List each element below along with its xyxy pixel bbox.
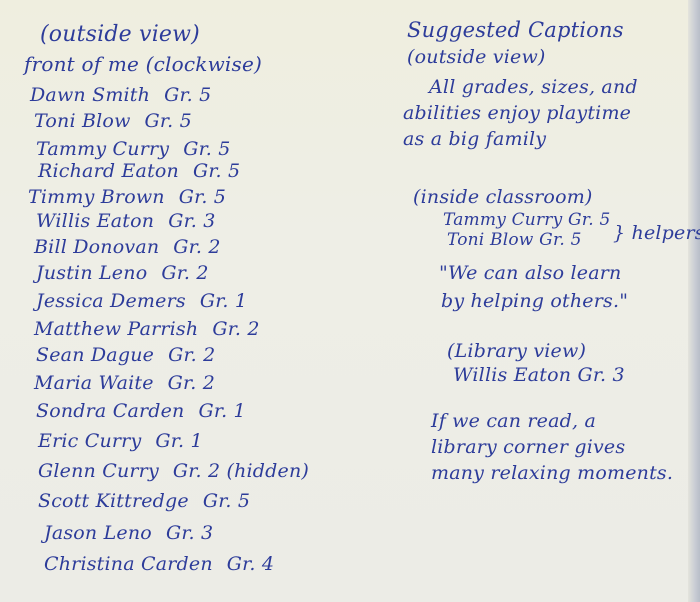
name-entry: Jason LenoGr. 3 — [44, 522, 213, 544]
name-entry: Tammy CurryGr. 5 — [36, 138, 231, 160]
name-entry: Scott KittredgeGr. 5 — [38, 490, 250, 512]
student-name: Bill Donovan — [34, 236, 159, 258]
caption-line: library corner gives — [431, 436, 625, 458]
student-grade: Gr. 5 — [183, 138, 230, 160]
student-grade: Gr. 3 — [168, 210, 215, 232]
caption-line: abilities enjoy playtime — [403, 102, 631, 124]
student-name: Jessica Demers — [36, 290, 186, 312]
student-grade: Gr. 2 (hidden) — [173, 460, 309, 482]
library-subject: Willis Eaton Gr. 3 — [453, 364, 625, 386]
student-name: Sondra Carden — [36, 400, 185, 422]
student-name: Toni Blow — [34, 110, 131, 132]
student-grade: Gr. 2 — [168, 372, 215, 394]
caption-line: as a big family — [403, 128, 546, 150]
student-name: Matthew Parrish — [34, 318, 198, 340]
clockwise-subheader: front of me (clockwise) — [24, 52, 262, 76]
student-grade: Gr. 2 — [173, 236, 220, 258]
caption-line: "We can also learn — [439, 262, 621, 284]
name-entry: Justin LenoGr. 2 — [36, 262, 209, 284]
student-name: Jason Leno — [44, 522, 152, 544]
name-entry: Toni BlowGr. 5 — [34, 110, 192, 132]
name-entry: Willis EatonGr. 3 — [36, 210, 216, 232]
name-entry: Eric CurryGr. 1 — [38, 430, 203, 452]
inside-classroom-heading: (inside classroom) — [413, 186, 593, 208]
student-name: Glenn Curry — [38, 460, 159, 482]
helper-name: Tammy Curry Gr. 5 — [443, 210, 610, 230]
student-name: Timmy Brown — [28, 186, 165, 208]
helpers-label: } helpers — [613, 222, 700, 244]
student-name: Justin Leno — [36, 262, 147, 284]
names-list-column: (outside view) front of me (clockwise) D… — [0, 0, 380, 602]
caption-line: many relaxing moments. — [431, 462, 673, 484]
name-entry: Bill DonovanGr. 2 — [34, 236, 221, 258]
name-entry: Dawn SmithGr. 5 — [30, 84, 211, 106]
student-name: Scott Kittredge — [38, 490, 189, 512]
name-entry: Jessica DemersGr. 1 — [36, 290, 247, 312]
caption-line: If we can read, a — [431, 410, 596, 432]
student-name: Dawn Smith — [30, 84, 150, 106]
captions-column: Suggested Captions (outside view) All gr… — [395, 0, 690, 602]
student-grade: Gr. 5 — [193, 160, 240, 182]
name-entry: Matthew ParrishGr. 2 — [34, 318, 260, 340]
student-name: Maria Waite — [34, 372, 154, 394]
student-name: Richard Eaton — [38, 160, 179, 182]
student-grade: Gr. 5 — [145, 110, 192, 132]
name-entry: Sean DagueGr. 2 — [36, 344, 215, 366]
library-view-heading: (Library view) — [447, 340, 586, 362]
student-grade: Gr. 5 — [179, 186, 226, 208]
student-grade: Gr. 2 — [161, 262, 208, 284]
student-name: Christina Carden — [44, 553, 213, 575]
name-entry: Timmy BrownGr. 5 — [28, 186, 226, 208]
student-grade: Gr. 2 — [168, 344, 215, 366]
student-name: Willis Eaton — [36, 210, 154, 232]
outside-view-header: (outside view) — [40, 22, 200, 47]
student-grade: Gr. 1 — [155, 430, 202, 452]
student-grade: Gr. 2 — [212, 318, 259, 340]
name-entry: Maria WaiteGr. 2 — [34, 372, 215, 394]
student-grade: Gr. 1 — [200, 290, 247, 312]
student-name: Sean Dague — [36, 344, 154, 366]
name-entry: Richard EatonGr. 5 — [38, 160, 240, 182]
name-entry: Glenn CurryGr. 2 (hidden) — [38, 460, 309, 482]
outside-view-heading: (outside view) — [407, 46, 546, 68]
student-name: Eric Curry — [38, 430, 141, 452]
student-grade: Gr. 4 — [227, 553, 274, 575]
student-grade: Gr. 5 — [164, 84, 211, 106]
student-name: Tammy Curry — [36, 138, 169, 160]
student-grade: Gr. 5 — [203, 490, 250, 512]
caption-line: by helping others." — [441, 290, 628, 312]
helper-name: Toni Blow Gr. 5 — [447, 230, 582, 250]
name-entry: Christina CardenGr. 4 — [44, 553, 274, 575]
student-grade: Gr. 3 — [166, 522, 213, 544]
caption-line: All grades, sizes, and — [429, 76, 638, 98]
name-entry: Sondra CardenGr. 1 — [36, 400, 246, 422]
student-grade: Gr. 1 — [199, 400, 246, 422]
suggested-captions-title: Suggested Captions — [407, 18, 624, 42]
